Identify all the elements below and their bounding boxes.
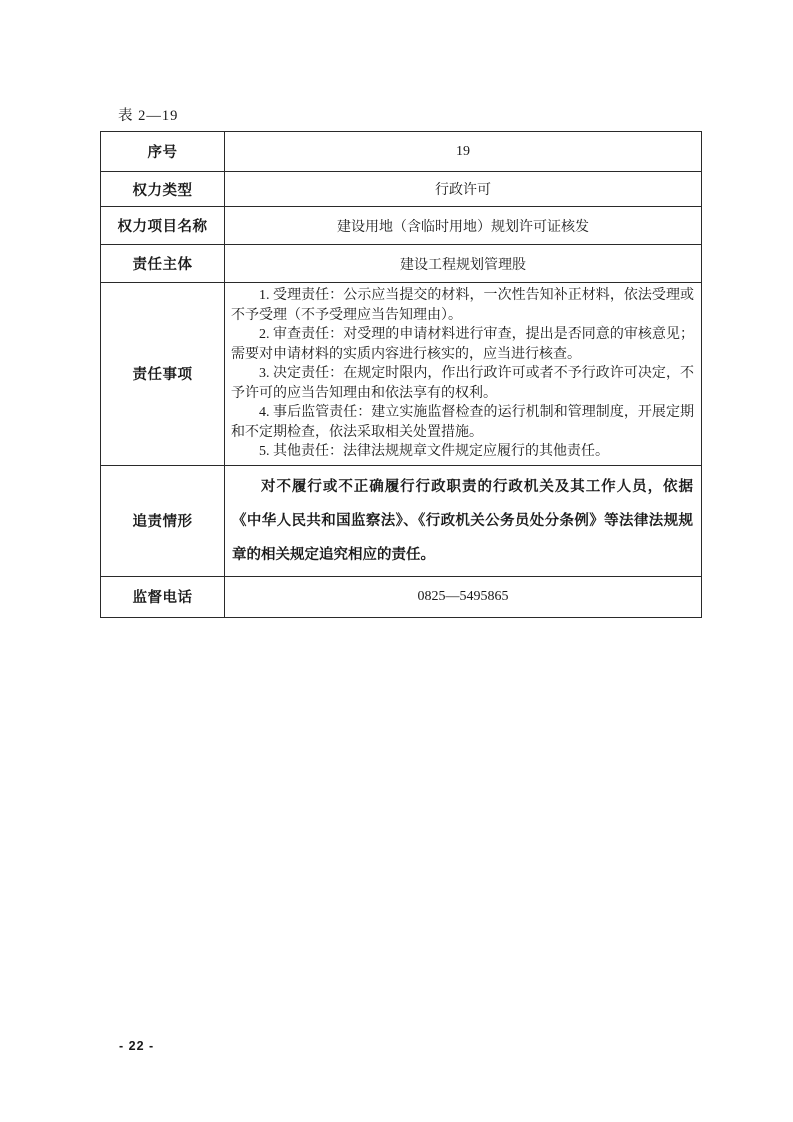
- row-label-accountability-circumstances: 追责情形: [101, 465, 225, 576]
- table-caption: 表 2—19: [118, 104, 178, 125]
- accountability-paragraph: 对不履行或不正确履行行政职责的行政机关及其工作人员，依据《中华人民共和国监察法》…: [232, 470, 693, 572]
- row-label-serial-number: 序号: [101, 132, 225, 172]
- row-value-serial-number: 19: [225, 132, 702, 172]
- duty-paragraph-other: 5. 其他责任：法律法规规章文件规定应履行的其他责任。: [231, 442, 694, 462]
- row-value-responsible-entity: 建设工程规划管理股: [225, 245, 702, 283]
- table-row-responsibility-items: 责任事项 1. 受理责任：公示应当提交的材料，一次性告知补正材料，依法受理或不予…: [101, 283, 702, 466]
- row-label-responsibility-items: 责任事项: [101, 283, 225, 466]
- row-label-responsible-entity: 责任主体: [101, 245, 225, 283]
- row-value-responsibility-items: 1. 受理责任：公示应当提交的材料，一次性告知补正材料，依法受理或不予受理（不予…: [225, 283, 702, 466]
- document-page: 表 2—19 序号 19 权力类型 行政许可 权力项目名称 建设用地（含临时用地…: [0, 0, 793, 1122]
- table-row-accountability-circumstances: 追责情形 对不履行或不正确履行行政职责的行政机关及其工作人员，依据《中华人民共和…: [101, 465, 702, 576]
- row-label-power-type: 权力类型: [101, 172, 225, 207]
- row-label-supervision-phone: 监督电话: [101, 576, 225, 617]
- table-row-responsible-entity: 责任主体 建设工程规划管理股: [101, 245, 702, 283]
- page-number: - 22 -: [119, 1039, 154, 1053]
- duty-paragraph-decision: 3. 决定责任：在规定时限内，作出行政许可或者不予行政许可决定，不予许可的应当告…: [231, 364, 694, 403]
- row-value-accountability-circumstances: 对不履行或不正确履行行政职责的行政机关及其工作人员，依据《中华人民共和国监察法》…: [225, 465, 702, 576]
- table-row-power-item-name: 权力项目名称 建设用地（含临时用地）规划许可证核发: [101, 207, 702, 245]
- row-value-power-type: 行政许可: [225, 172, 702, 207]
- duty-paragraph-acceptance: 1. 受理责任：公示应当提交的材料，一次性告知补正材料，依法受理或不予受理（不予…: [231, 286, 694, 325]
- power-responsibility-table: 序号 19 权力类型 行政许可 权力项目名称 建设用地（含临时用地）规划许可证核…: [100, 131, 702, 618]
- row-value-power-item-name: 建设用地（含临时用地）规划许可证核发: [225, 207, 702, 245]
- table-row-supervision-phone: 监督电话 0825—5495865: [101, 576, 702, 617]
- duty-paragraph-supervision: 4. 事后监管责任：建立实施监督检查的运行机制和管理制度，开展定期和不定期检查，…: [231, 403, 694, 442]
- duty-paragraph-review: 2. 审查责任：对受理的申请材料进行审查，提出是否同意的审核意见；需要对申请材料…: [231, 325, 694, 364]
- table-row-power-type: 权力类型 行政许可: [101, 172, 702, 207]
- row-value-supervision-phone: 0825—5495865: [225, 576, 702, 617]
- table-row-serial-number: 序号 19: [101, 132, 702, 172]
- row-label-power-item-name: 权力项目名称: [101, 207, 225, 245]
